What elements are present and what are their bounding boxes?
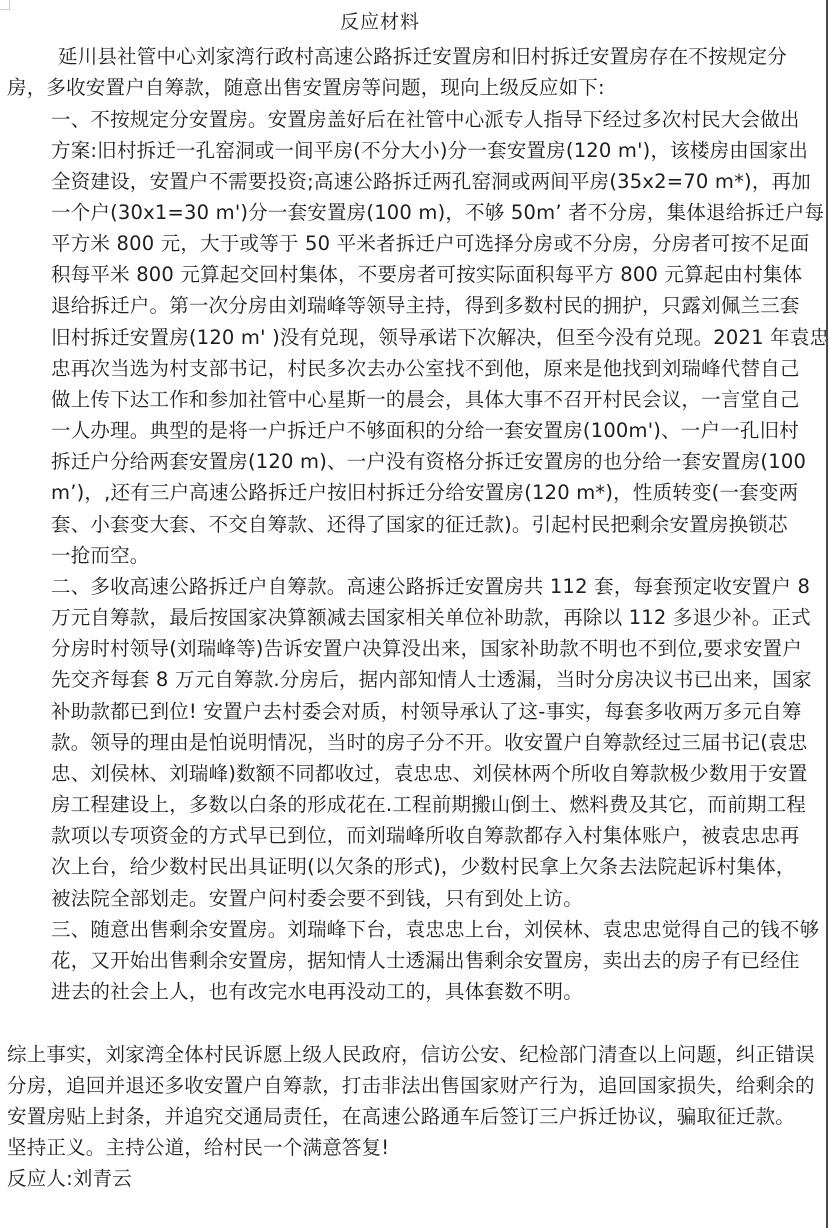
section1-line: m’)，,还有三户高速公路拆迁户按旧村拆迁分给安置房(120 m*)，性质转变(… [51,478,798,508]
document-page: 反应材料 延川县社管中心刘家湾行政村高速公路拆迁安置房和旧村拆迁安置房存在不按规… [0,0,826,1228]
section1-line: 平方米 800 元，大于或等于 50 平米者拆迁户可选择分房或不分房，分房者可按… [51,229,809,259]
section2-line: 款项以专项资金的方式早已到位，而刘瑞峰所收自筹款都存入村集体账户，被袁忠忠再 [51,821,800,851]
intro-line: 房，多收安置户自筹款，随意出售安置房等问题，现向上级反应如下: [7,73,605,103]
section2-line: 先交齐每套 8 万元自筹款.分房后，据内部知情人士透漏，当时分房决议书已出来，国… [51,665,812,695]
section2-line: 万元自筹款，最后按国家决算额减去国家相关单位补助款，再除以 112 多退少补。正… [51,603,811,633]
conclusion-line: 坚持正义。主持公道，给村民一个满意答复! [7,1133,389,1163]
section2-line: 忠、刘侯林、刘瑞峰)数额不同都收过，袁忠忠、刘侯林两个所收自筹款极少数用于安置 [51,759,807,789]
conclusion-line: 综上事实，刘家湾全体村民诉愿上级人民政府，信访公安、纪检部门清查以上问题，纠正错… [7,1040,815,1070]
section2-line: 款。领导的理由是怕说明情况，当时的房子分不开。收安置户自筹款经过三届书记(袁忠 [51,728,807,758]
conclusion-line: 安置房贴上封条，并追究交通局责任，在高速公路通车后签订三户拆迁协议，骗取征迁款。 [7,1102,795,1132]
document-title: 反应材料 [0,8,760,36]
section1-line: 方案:旧村拆迁一孔窑洞或一间平房(不分大小)分一套安置房(120 m')，该楼房… [51,136,808,166]
section2-line: 补助款都已到位! 安置户去村委会对质，村领导承认了这-事实，每套多收两万多元自筹 [51,697,802,727]
intro-line: 延川县社管中心刘家湾行政村高速公路拆迁安置房和旧村拆迁安置房存在不按规定分 [58,42,787,72]
section1-line: 积每平米 800 元算起交回村集体，不要房者可按实际面积每平方 800 元算起由… [51,260,802,290]
section1-line: 全资建设，安置户不需要投资;高速公路拆迁两孔窑洞或两间平房(35x2=70 m*… [51,167,811,197]
section1-line: 一个户(30x1=30 m')分一套安置房(100 m)，不够 50m’ 者不分… [51,198,824,228]
section3-line: 进去的社会上人，也有改完水电再没动工的，具体套数不明。 [51,977,583,1007]
section1-line: 忠再次当选为村支部书记，村民多次去办公室找不到他，原来是他找到刘瑞峰代替自己 [51,354,800,384]
section1-line: 一人办理。典型的是将一户拆迁户不够面积的分给一套安置房(100m')、一户一孔旧… [51,416,799,446]
section2-line: 次上台，给少数村民出具证明(以欠条的形式)，少数村民拿上欠条去法院起诉村集体， [51,852,796,882]
section1-line: 套、小套变大套、不交自筹款、还得了国家的征迁款)。引起村民把剩余安置房换锁芯 [51,510,788,540]
section1-line: 拆迁户分给两套安置房(120 m)、一户没有资格分拆迁安置房的也分给一套安置房(… [51,447,806,477]
conclusion-line: 分房，追回并退还多收安置户自筹款，打击非法出售国家财产行为，追回国家损失，给剩余… [7,1071,815,1101]
section1-line: 一、不按规定分安置房。安置房盖好后在社管中心派专人指导下经过多次村民大会做出 [51,105,800,135]
section2-line: 被法院全部划走。安置户问村委会要不到钱，只有到处上访。 [51,884,583,914]
section2-line: 二、多收高速公路拆迁户自筹款。高速公路拆迁安置房共 112 套，每套预定收安置户… [51,572,810,602]
section1-line: 做上传下达工作和参加社管中心星斯一的晨会，具体大事不召开村民会议，一言堂自己 [51,385,800,415]
section2-line: 房工程建设上，多数以白条的形成花在.工程前期搬山倒土、燃料费及其它，而前期工程 [51,790,806,820]
section1-line: 旧村拆迁安置房(120 m' )没有兑现，领导承诺下次解决，但至今没有兑现。20… [51,323,826,353]
section1-line: 一抢而空。 [51,541,150,571]
page-edge-divider [826,0,828,1228]
signature: 反应人:刘青云 [7,1164,132,1194]
section3-line: 三、随意出售剩余安置房。刘瑞峰下台，袁忠忠上台，刘侯林、袁忠忠觉得自己的钱不够 [51,915,819,945]
section3-line: 花，又开始出售剩余安置房，据知情人士透漏出售剩余安置房，卖出去的房子有已经住 [51,946,800,976]
section1-line: 退给拆迁户。第一次分房由刘瑞峰等领导主持，得到多数村民的拥护，只露刘佩兰三套 [51,291,800,321]
section2-line: 分房时村领导(刘瑞峰等)告诉安置户决算没出来，国家补助款不明也不到位,要求安置户 [51,634,802,664]
